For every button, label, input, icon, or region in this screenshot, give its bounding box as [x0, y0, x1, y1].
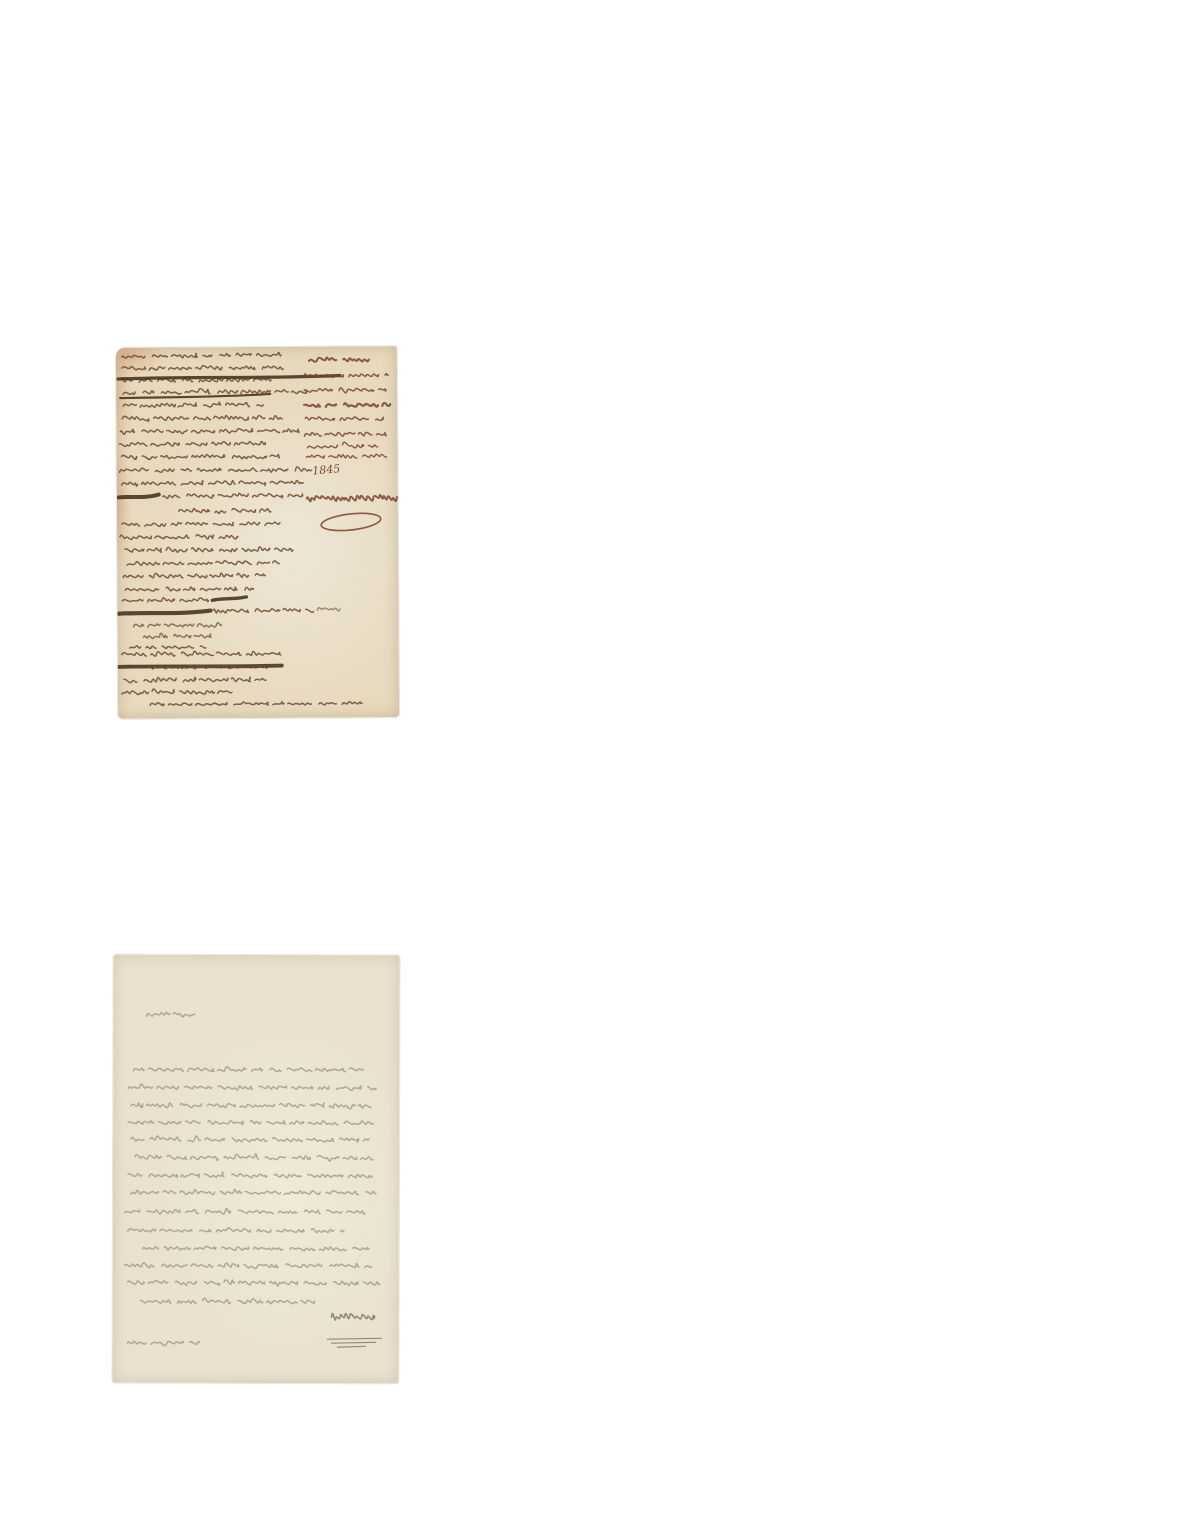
- manuscript-top: 1845: [116, 346, 399, 719]
- catalogue-page: 1845: [0, 0, 1197, 1538]
- manuscript-bottom-handwriting-art: [112, 955, 399, 1384]
- legible-year-text: 1845: [312, 462, 341, 478]
- manuscript-bottom: [112, 955, 399, 1384]
- manuscript-top-handwriting-art: 1845: [116, 346, 399, 719]
